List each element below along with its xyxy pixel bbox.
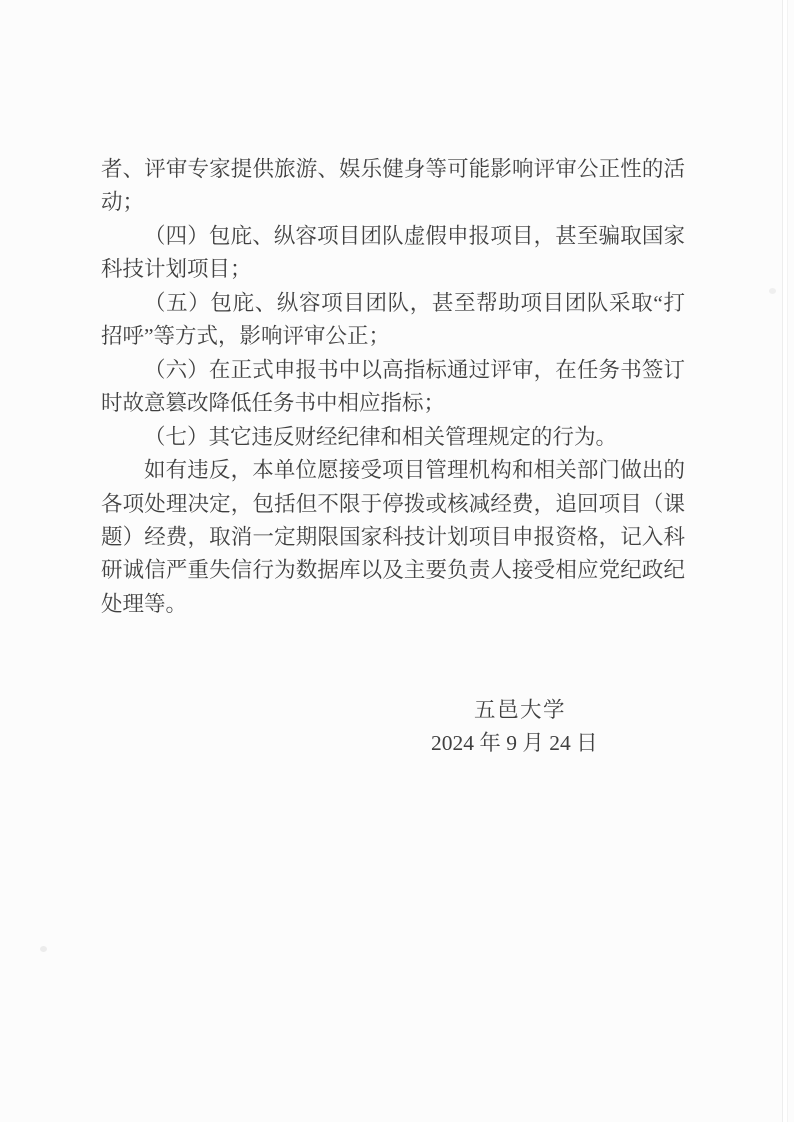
paragraph-consequences: 如有违反，本单位愿接受项目管理机构和相关部门做出的各项处理决定，包括但不限于停拨… bbox=[101, 454, 685, 621]
document-page: 者、评审专家提供旅游、娱乐健身等可能影响评审公正性的活动； （四）包庇、纵容项目… bbox=[0, 0, 794, 1122]
scan-smudge bbox=[40, 946, 47, 952]
document-body: 者、评审专家提供旅游、娱乐健身等可能影响评审公正性的活动； （四）包庇、纵容项目… bbox=[101, 153, 685, 621]
scan-smudge bbox=[769, 288, 776, 294]
signature-date: 2024 年 9 月 24 日 bbox=[431, 727, 598, 760]
paragraph-item-6: （六）在正式申报书中以高指标通过评审，在任务书签订时故意篡改降低任务书中相应指标… bbox=[101, 354, 685, 421]
signature-organization: 五邑大学 bbox=[474, 694, 566, 727]
paragraph-continuation: 者、评审专家提供旅游、娱乐健身等可能影响评审公正性的活动； bbox=[101, 153, 685, 220]
paragraph-item-4: （四）包庇、纵容项目团队虚假申报项目，甚至骗取国家科技计划项目； bbox=[101, 220, 685, 287]
paragraph-item-7: （七）其它违反财经纪律和相关管理规定的行为。 bbox=[101, 421, 685, 454]
paragraph-item-5: （五）包庇、纵容项目团队，甚至帮助项目团队采取“打招呼”等方式，影响评审公正； bbox=[101, 287, 685, 354]
scan-edge-artifact bbox=[782, 0, 788, 1122]
